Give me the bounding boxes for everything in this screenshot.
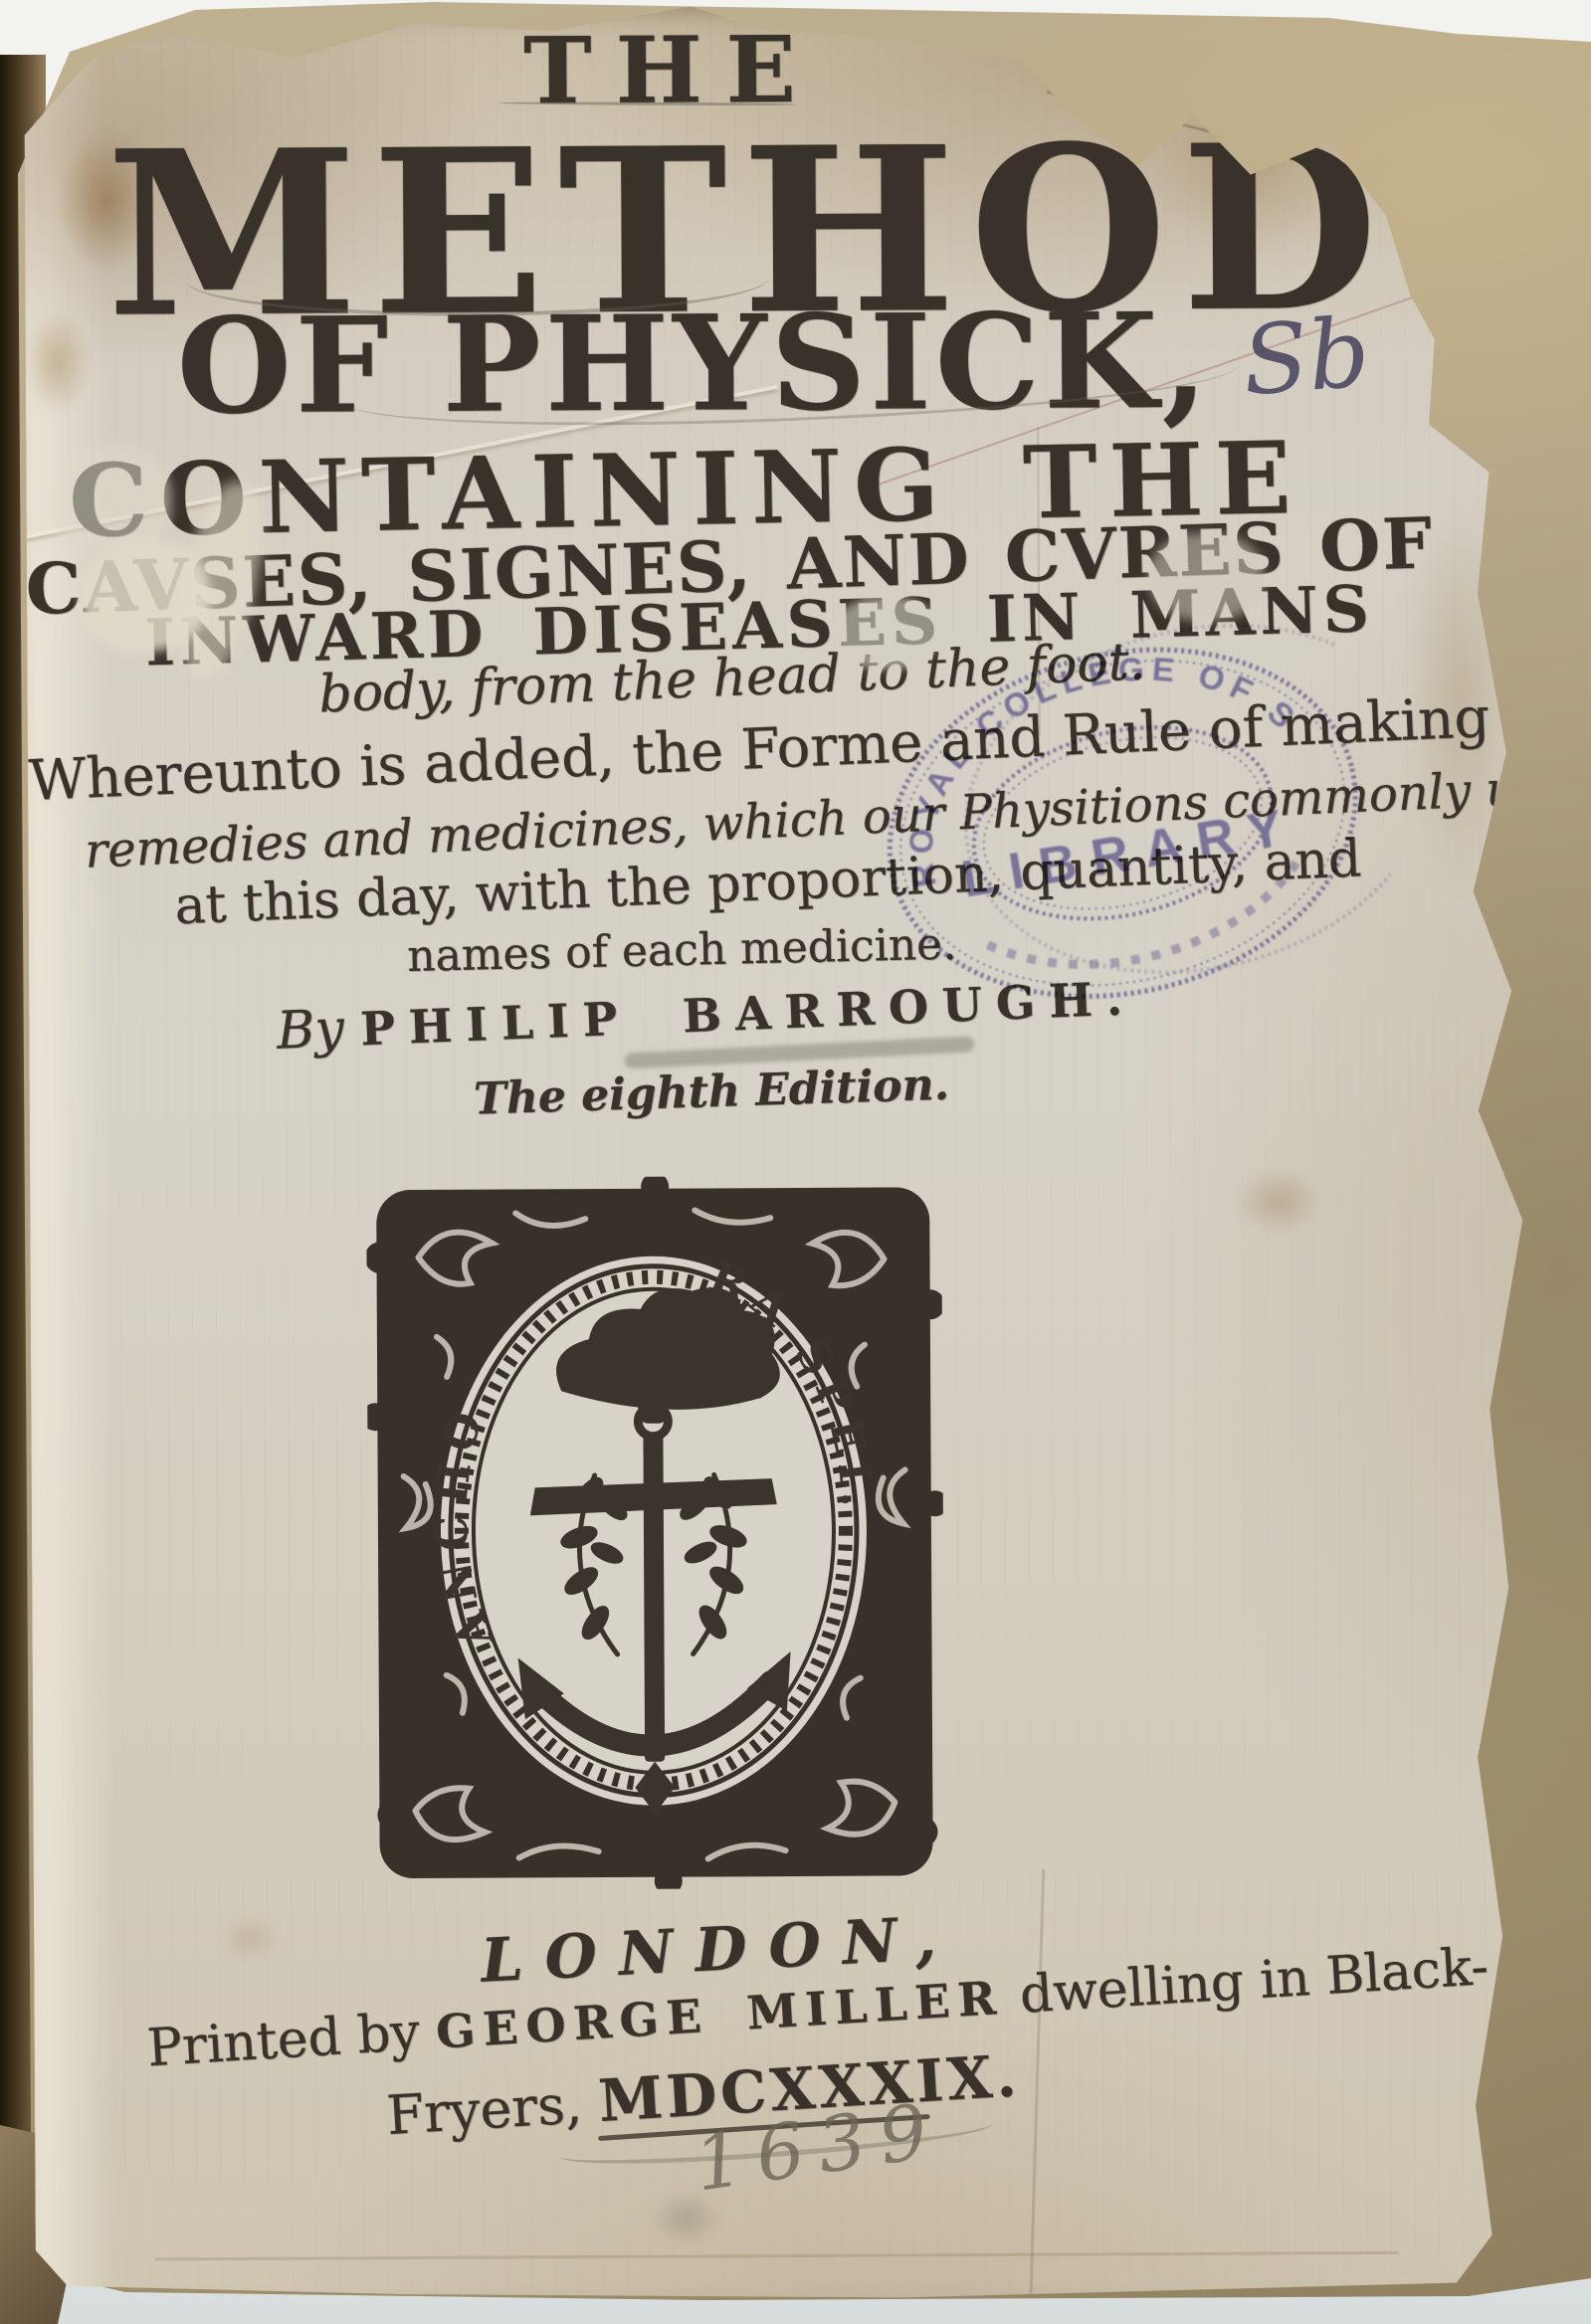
pencil-underline xyxy=(497,101,796,106)
stamp-arc-text: ROYAL COLLEGE OF S xyxy=(864,611,1325,893)
head-word: THE xyxy=(523,24,820,117)
byline-prefix: By xyxy=(276,998,361,1061)
pencil-underline xyxy=(341,328,1239,439)
imprint-year-roman: MDCXXXIX. xyxy=(597,2041,1022,2135)
svg-text:ANCHO: ANCHO xyxy=(426,1397,504,1655)
device-motto-left: ANCHO xyxy=(426,1397,504,1655)
title-page: THE METHOD OF PHYSICK, CONTAINING THE CA… xyxy=(0,0,1591,2324)
library-stamp: ROYAL COLLEGE OF S LIBRARY xyxy=(839,588,1407,1059)
fold-line xyxy=(155,2251,1399,2261)
addendum-line-1: Whereunto is added, the Forme and Rule o… xyxy=(28,690,1491,810)
crease-line xyxy=(0,385,777,551)
fold-line xyxy=(1037,427,1041,735)
device-motto-right: RA SPEI. xyxy=(701,1251,882,1516)
imprint-dwelling: dwelling in Black- xyxy=(1002,1937,1491,2027)
handwritten-ink-initials: Sb xyxy=(1240,304,1373,409)
imprint-printed-by: Printed by xyxy=(145,2002,438,2079)
imprint-city: LONDON, xyxy=(480,1908,959,1991)
paper-damage xyxy=(52,445,172,557)
byline: By PHILIP BARROUGH. xyxy=(276,971,1137,1058)
contents-line-2: INWARD DISEASES IN MANS xyxy=(144,578,1375,676)
containing-line: CONTAINING THE xyxy=(68,428,1303,551)
contents-line-3: body, from the head to the foot. xyxy=(317,636,1146,720)
paper-damage xyxy=(1149,533,1264,622)
pencil-underline xyxy=(558,2108,993,2174)
addendum-line-3: at this day, with the proportion, quanti… xyxy=(174,833,1363,932)
photo-backdrop: { "title_page": { "head_word": "THE", "t… xyxy=(0,0,1591,2324)
handwritten-pencil-year: 1639 xyxy=(690,2092,946,2203)
stain xyxy=(40,104,172,296)
imprint-fryers: Fryers, xyxy=(385,2071,601,2147)
stain xyxy=(638,2181,733,2255)
imprint-line-2: Fryers, MDCXXXIX. xyxy=(385,2046,1022,2143)
page-subtitle: OF PHYSICK, xyxy=(176,296,1211,433)
addendum-line-4: names of each medicine. xyxy=(407,923,957,980)
pencil-smudge xyxy=(624,1036,974,1068)
author-name: PHILIP BARROUGH. xyxy=(359,971,1137,1056)
fold-line xyxy=(1029,1869,1045,2297)
stain xyxy=(1216,1153,1342,1250)
page-title: METHOD xyxy=(106,114,1393,348)
printed-underline xyxy=(598,2114,930,2141)
printers-device-anchor-emblem-icon: ANCHO RA SPEI. xyxy=(366,1175,945,1890)
pencil-underline xyxy=(186,241,768,317)
contents-line-1: CAVSES, SIGNES, AND CVRES OF xyxy=(25,508,1435,625)
scratch-line xyxy=(862,276,1473,491)
paper-damage xyxy=(166,476,275,684)
addendum-line-2: remedies and medicines, which our Physit… xyxy=(84,763,1570,875)
svg-text:ROYAL COLLEGE OF S: ROYAL COLLEGE OF S xyxy=(864,611,1325,893)
stamp-center-text: LIBRARY xyxy=(958,797,1302,908)
edition-line: The eighth Edition. xyxy=(474,1064,950,1122)
paper-damage xyxy=(72,530,219,663)
imprint-line-1: Printed by GEORGE MILLER dwelling in Bla… xyxy=(146,1941,1491,2074)
printer-name: GEORGE MILLER xyxy=(435,1971,1006,2059)
stain xyxy=(208,1908,292,1970)
paper-damage xyxy=(835,596,938,671)
svg-text:RA SPEI.: RA SPEI. xyxy=(701,1251,882,1516)
